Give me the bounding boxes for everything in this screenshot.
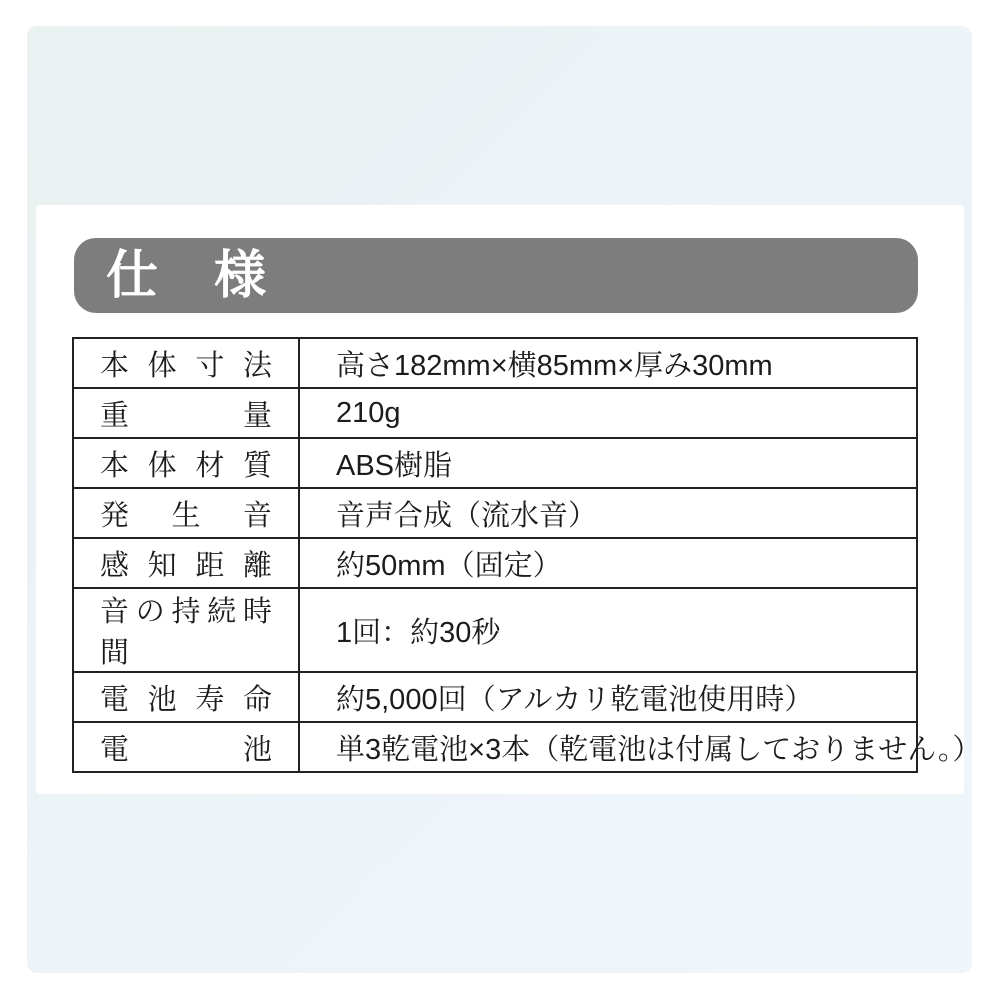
spec-label: 電池 (100, 727, 272, 768)
spec-label-cell: 本体材質 (73, 438, 299, 488)
spec-label-cell: 重量 (73, 388, 299, 438)
spec-label-cell: 電池 (73, 722, 299, 772)
spec-value: 210g (299, 388, 917, 438)
table-row: 電池 単3乾電池×3本（乾電池は付属しておりません。） (73, 722, 917, 772)
spec-value: 高さ182mm×横85mm×厚み30mm (299, 338, 917, 388)
spec-label: 発生音 (100, 493, 272, 534)
spec-table: 本体寸法 高さ182mm×横85mm×厚み30mm 重量 210g 本体材質 A… (72, 337, 918, 773)
table-row: 発生音 音声合成（流水音） (73, 488, 917, 538)
spec-label: 本体寸法 (100, 343, 272, 384)
spec-value: 約50mm（固定） (299, 538, 917, 588)
spec-value: 単3乾電池×3本（乾電池は付属しておりません。） (299, 722, 917, 772)
spec-label-cell: 電池寿命 (73, 672, 299, 722)
spec-value: 約5,000回（アルカリ乾電池使用時） (299, 672, 917, 722)
spec-label: 感知距離 (100, 543, 272, 584)
page-title: 仕 様 (106, 250, 268, 302)
spec-label: 電池寿命 (100, 677, 272, 718)
table-row: 電池寿命 約5,000回（アルカリ乾電池使用時） (73, 672, 917, 722)
table-row: 本体材質 ABS樹脂 (73, 438, 917, 488)
spec-label-cell: 感知距離 (73, 538, 299, 588)
spec-label: 本体材質 (100, 443, 272, 484)
spec-value: 1回：約30秒 (299, 588, 917, 672)
spec-label: 重量 (100, 393, 272, 434)
table-row: 重量 210g (73, 388, 917, 438)
spec-label-cell: 音の持続時間 (73, 588, 299, 672)
table-row: 音の持続時間 1回：約30秒 (73, 588, 917, 672)
spec-header-bar: 仕 様 (74, 238, 918, 313)
spec-label-cell: 発生音 (73, 488, 299, 538)
spec-value: ABS樹脂 (299, 438, 917, 488)
table-row: 本体寸法 高さ182mm×横85mm×厚み30mm (73, 338, 917, 388)
spec-value: 音声合成（流水音） (299, 488, 917, 538)
table-row: 感知距離 約50mm（固定） (73, 538, 917, 588)
spec-label: 音の持続時間 (100, 589, 272, 671)
spec-label-cell: 本体寸法 (73, 338, 299, 388)
